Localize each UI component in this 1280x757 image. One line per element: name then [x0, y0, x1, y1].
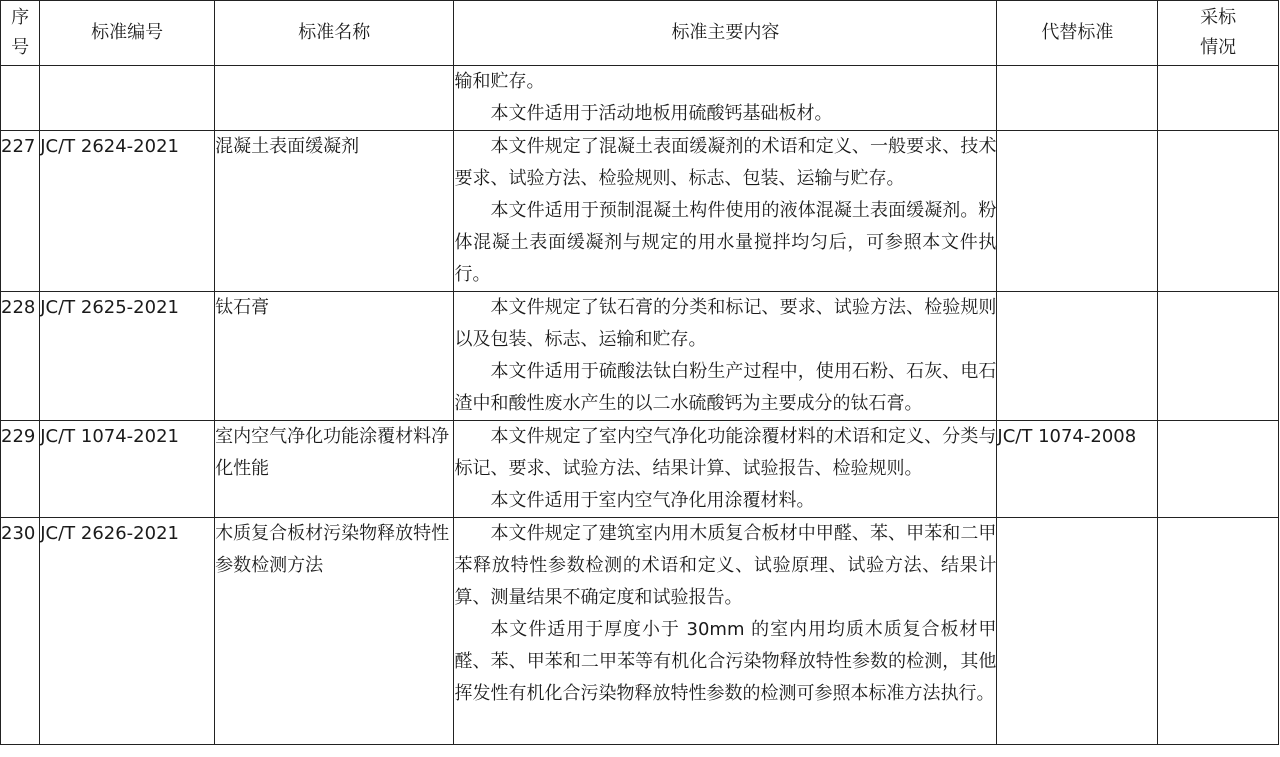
cell-code: JC/T 1074-2021 [40, 421, 215, 518]
content-paragraph: 本文件规定了室内空气净化功能涂覆材料的术语和定义、分类与标记、要求、试验方法、结… [454, 421, 996, 485]
header-adopt: 采标 情况 [1158, 1, 1279, 66]
cell-replace [997, 292, 1158, 421]
content-paragraph: 本文件适用于室内空气净化用涂覆材料。 [454, 485, 996, 517]
cell-no: 229 [1, 421, 40, 518]
header-row: 序 号 标准编号 标准名称 标准主要内容 代替标准 采标 情况 [1, 1, 1279, 66]
cell-adopt [1158, 66, 1279, 131]
cell-name: 木质复合板材污染物释放特性参数检测方法 [215, 518, 454, 745]
cell-replace [997, 131, 1158, 292]
cell-name: 混凝土表面缓凝剂 [215, 131, 454, 292]
header-replace: 代替标准 [997, 1, 1158, 66]
cell-name [215, 66, 454, 131]
header-code: 标准编号 [40, 1, 215, 66]
cell-code: JC/T 2624-2021 [40, 131, 215, 292]
table-row: 输和贮存。 本文件适用于活动地板用硫酸钙基础板材。 [1, 66, 1279, 131]
content-paragraph: 本文件规定了钛石膏的分类和标记、要求、试验方法、检验规则以及包装、标志、运输和贮… [454, 292, 996, 356]
cell-code: JC/T 2626-2021 [40, 518, 215, 745]
content-paragraph: 本文件规定了混凝土表面缓凝剂的术语和定义、一般要求、技术要求、试验方法、检验规则… [454, 131, 996, 195]
cell-adopt [1158, 292, 1279, 421]
content-paragraph: 本文件规定了建筑室内用木质复合板材中甲醛、苯、甲苯和二甲苯释放特性参数检测的术语… [454, 518, 996, 614]
table-row: 227 JC/T 2624-2021 混凝土表面缓凝剂 本文件规定了混凝土表面缓… [1, 131, 1279, 292]
cell-replace: JC/T 1074-2008 [997, 421, 1158, 518]
table-row: 230 JC/T 2626-2021 木质复合板材污染物释放特性参数检测方法 本… [1, 518, 1279, 745]
cell-replace [997, 518, 1158, 745]
cell-no: 227 [1, 131, 40, 292]
header-content: 标准主要内容 [454, 1, 997, 66]
header-no-line2: 号 [1, 33, 39, 63]
cell-code [40, 66, 215, 131]
cell-replace [997, 66, 1158, 131]
cell-no: 228 [1, 292, 40, 421]
cell-content: 本文件规定了室内空气净化功能涂覆材料的术语和定义、分类与标记、要求、试验方法、结… [454, 421, 997, 518]
content-paragraph: 本文件适用于厚度小于 30mm 的室内用均质木质复合板材甲醛、苯、甲苯和二甲苯等… [454, 614, 996, 710]
standards-table: 序 号 标准编号 标准名称 标准主要内容 代替标准 采标 情况 输和贮存。 本文… [0, 0, 1279, 745]
cell-adopt [1158, 518, 1279, 745]
cell-content: 输和贮存。 本文件适用于活动地板用硫酸钙基础板材。 [454, 66, 997, 131]
cell-content: 本文件规定了建筑室内用木质复合板材中甲醛、苯、甲苯和二甲苯释放特性参数检测的术语… [454, 518, 997, 745]
content-paragraph: 本文件适用于活动地板用硫酸钙基础板材。 [454, 98, 996, 130]
cell-no [1, 66, 40, 131]
header-adopt-line1: 采标 [1158, 3, 1278, 33]
cell-content: 本文件规定了钛石膏的分类和标记、要求、试验方法、检验规则以及包装、标志、运输和贮… [454, 292, 997, 421]
table-row: 229 JC/T 1074-2021 室内空气净化功能涂覆材料净化性能 本文件规… [1, 421, 1279, 518]
cell-adopt [1158, 131, 1279, 292]
content-paragraph: 本文件适用于硫酸法钛白粉生产过程中，使用石粉、石灰、电石渣中和酸性废水产生的以二… [454, 356, 996, 420]
cell-code: JC/T 2625-2021 [40, 292, 215, 421]
table-row: 228 JC/T 2625-2021 钛石膏 本文件规定了钛石膏的分类和标记、要… [1, 292, 1279, 421]
content-paragraph: 输和贮存。 [454, 66, 996, 98]
cell-content: 本文件规定了混凝土表面缓凝剂的术语和定义、一般要求、技术要求、试验方法、检验规则… [454, 131, 997, 292]
cell-name: 钛石膏 [215, 292, 454, 421]
content-paragraph: 本文件适用于预制混凝土构件使用的液体混凝土表面缓凝剂。粉体混凝土表面缓凝剂与规定… [454, 195, 996, 291]
header-name: 标准名称 [215, 1, 454, 66]
header-no: 序 号 [1, 1, 40, 66]
cell-adopt [1158, 421, 1279, 518]
cell-no: 230 [1, 518, 40, 745]
cell-name: 室内空气净化功能涂覆材料净化性能 [215, 421, 454, 518]
header-adopt-line2: 情况 [1158, 33, 1278, 63]
header-no-line1: 序 [1, 3, 39, 33]
